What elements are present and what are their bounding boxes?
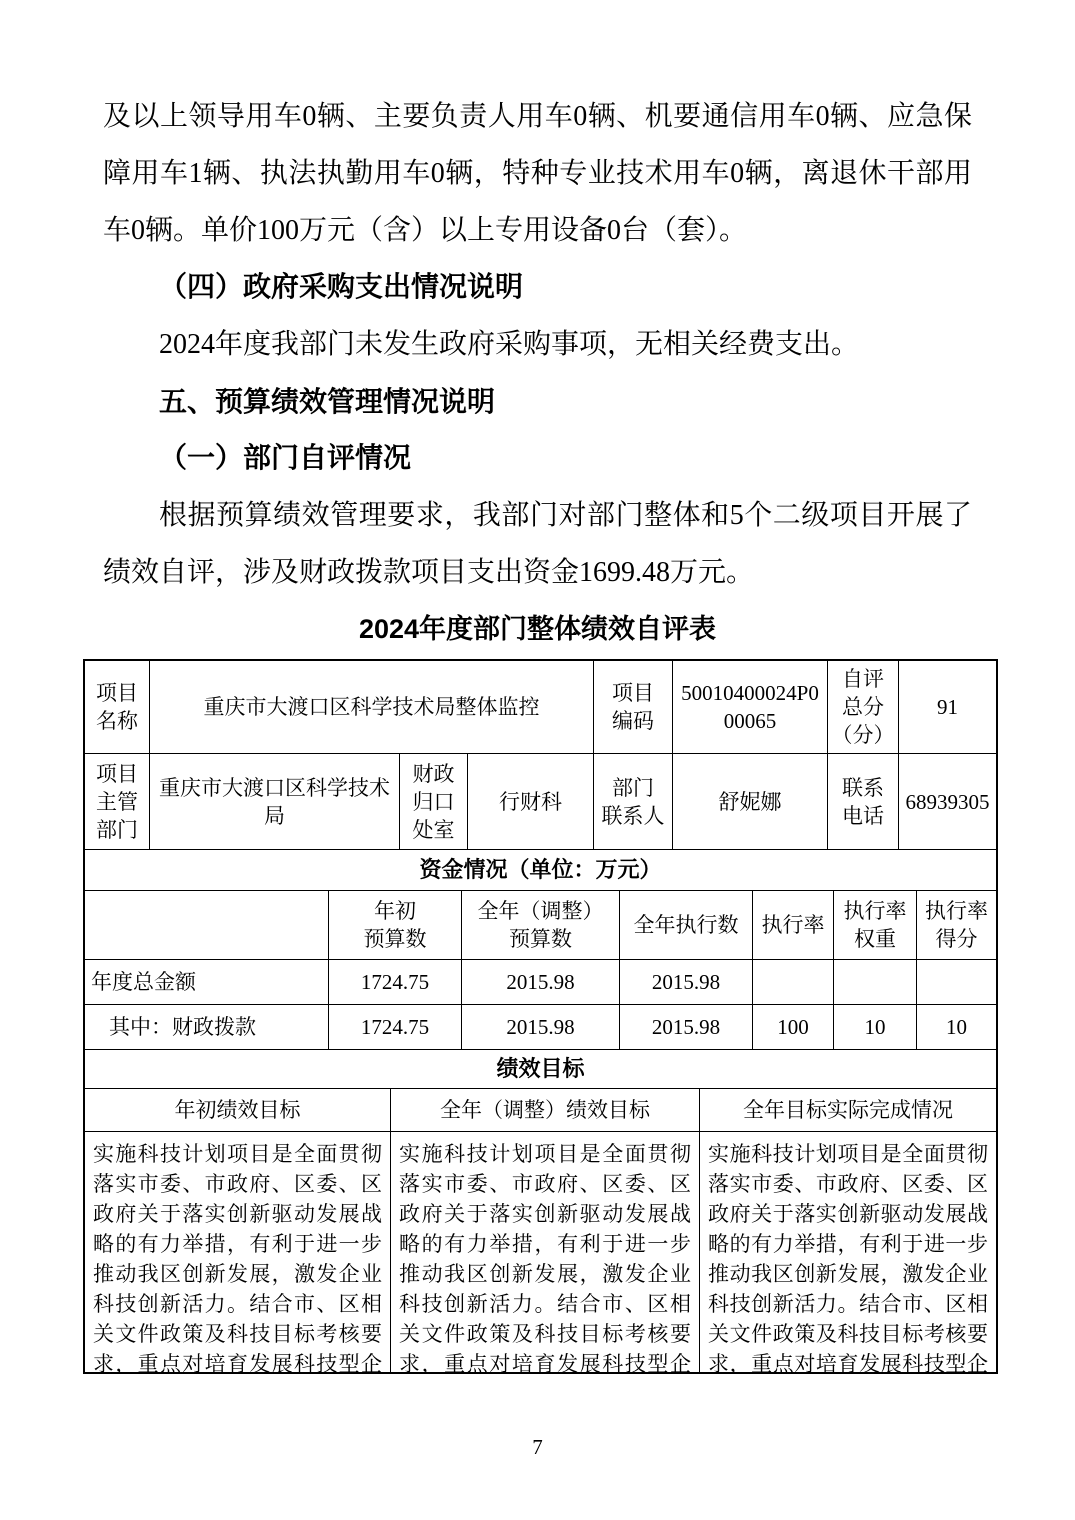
cell-label-finance-office: 财政 归口 处室 [400,754,468,849]
table-row-goals-header: 年初绩效目标 全年（调整）绩效目标 全年目标实际完成情况 [85,1089,996,1132]
table-row-funds-section: 资金情况（单位：万元） [85,850,996,891]
goals-header-adjusted: 全年（调整）绩效目标 [391,1089,700,1131]
paragraph-procurement: 2024年度我部门未发生政府采购事项，无相关经费支出。 [103,316,972,373]
paragraph-vehicles: 及以上领导用车0辆、主要负责人用车0辆、机要通信用车0辆、应急保障用车1辆、执法… [103,88,972,259]
cell-phone: 68939305 [899,754,996,849]
annual-total-label: 年度总金额 [85,960,329,1004]
cell-supervisor: 重庆市大渡口区科学技术局 [150,754,400,849]
table-row-supervisor: 项目 主管 部门 重庆市大渡口区科学技术局 财政 归口 处室 行财科 部门 联系… [85,754,996,850]
performance-table: 项目 名称 重庆市大渡口区科学技术局整体监控 项目 编码 50010400024… [83,659,998,1374]
annual-total-initial: 1724.75 [329,960,462,1004]
page-number: 7 [0,1435,1075,1460]
fiscal-label: 其中：财政拨款 [85,1005,329,1049]
cell-label-project-code: 项目 编码 [594,661,673,753]
goal-text-adjusted: 实施科技计划项目是全面贯彻落实市委、市政府、区委、区政府关于落实创新驱动发展战略… [391,1132,700,1372]
fiscal-rate-weight: 10 [834,1005,917,1049]
cell-label-project-name: 项目 名称 [85,661,150,753]
funds-header-rate-score: 执行率 得分 [917,891,996,959]
annual-total-executed: 2015.98 [620,960,753,1004]
goal-text-actual: 实施科技计划项目是全面贯彻落实市委、市政府、区委、区政府关于落实创新驱动发展战略… [700,1132,996,1372]
table-title: 2024年度部门整体绩效自评表 [103,610,972,648]
goal-text-initial: 实施科技计划项目是全面贯彻落实市委、市政府、区委、区政府关于落实创新驱动发展战略… [85,1132,391,1372]
funds-header-adjusted-budget: 全年（调整） 预算数 [462,891,620,959]
fiscal-executed: 2015.98 [620,1005,753,1049]
funds-header-rate-weight: 执行率 权重 [834,891,917,959]
fiscal-initial: 1724.75 [329,1005,462,1049]
fiscal-rate-score: 10 [917,1005,996,1049]
cell-label-contact: 部门 联系人 [594,754,673,849]
heading-section-5-1: （一）部门自评情况 [103,430,972,487]
cell-label-supervisor: 项目 主管 部门 [85,754,150,849]
paragraph-self-eval: 根据预算绩效管理要求，我部门对部门整体和5个二级项目开展了绩效自评，涉及财政拨款… [103,487,972,601]
table-row-funds-header: 年初 预算数 全年（调整） 预算数 全年执行数 执行率 执行率 权重 执行率 得… [85,891,996,960]
heading-section-4: （四）政府采购支出情况说明 [103,259,972,316]
annual-total-rate-weight [834,960,917,1004]
goals-section-title: 绩效目标 [85,1050,996,1088]
annual-total-adjusted: 2015.98 [462,960,620,1004]
table-row-annual-total: 年度总金额 1724.75 2015.98 2015.98 [85,960,996,1005]
funds-header-executed: 全年执行数 [620,891,753,959]
cell-label-self-score: 自评 总分 （分） [828,661,899,753]
funds-header-empty [85,891,329,959]
cell-self-score: 91 [899,661,996,753]
document-page: 及以上领导用车0辆、主要负责人用车0辆、机要通信用车0辆、应急保障用车1辆、执法… [0,0,1075,1520]
goals-header-actual: 全年目标实际完成情况 [700,1089,996,1131]
table-row-fiscal-appropriation: 其中：财政拨款 1724.75 2015.98 2015.98 100 10 1… [85,1005,996,1050]
cell-contact: 舒妮娜 [673,754,828,849]
annual-total-exec-rate [753,960,834,1004]
cell-finance-office: 行财科 [468,754,594,849]
cell-project-code: 50010400024P0 00065 [673,661,828,753]
cell-project-name: 重庆市大渡口区科学技术局整体监控 [150,661,594,753]
heading-section-5: 五、预算绩效管理情况说明 [103,373,972,430]
fiscal-adjusted: 2015.98 [462,1005,620,1049]
funds-header-exec-rate: 执行率 [753,891,834,959]
fiscal-exec-rate: 100 [753,1005,834,1049]
cell-label-phone: 联系 电话 [828,754,899,849]
annual-total-rate-score [917,960,996,1004]
table-row-goals-text: 实施科技计划项目是全面贯彻落实市委、市政府、区委、区政府关于落实创新驱动发展战略… [85,1132,996,1372]
funds-header-initial-budget: 年初 预算数 [329,891,462,959]
table-row-project: 项目 名称 重庆市大渡口区科学技术局整体监控 项目 编码 50010400024… [85,661,996,754]
document-body: 及以上领导用车0辆、主要负责人用车0辆、机要通信用车0辆、应急保障用车1辆、执法… [0,0,1075,1374]
goals-header-initial: 年初绩效目标 [85,1089,391,1131]
table-row-goals-section: 绩效目标 [85,1050,996,1089]
funds-section-title: 资金情况（单位：万元） [85,850,996,890]
